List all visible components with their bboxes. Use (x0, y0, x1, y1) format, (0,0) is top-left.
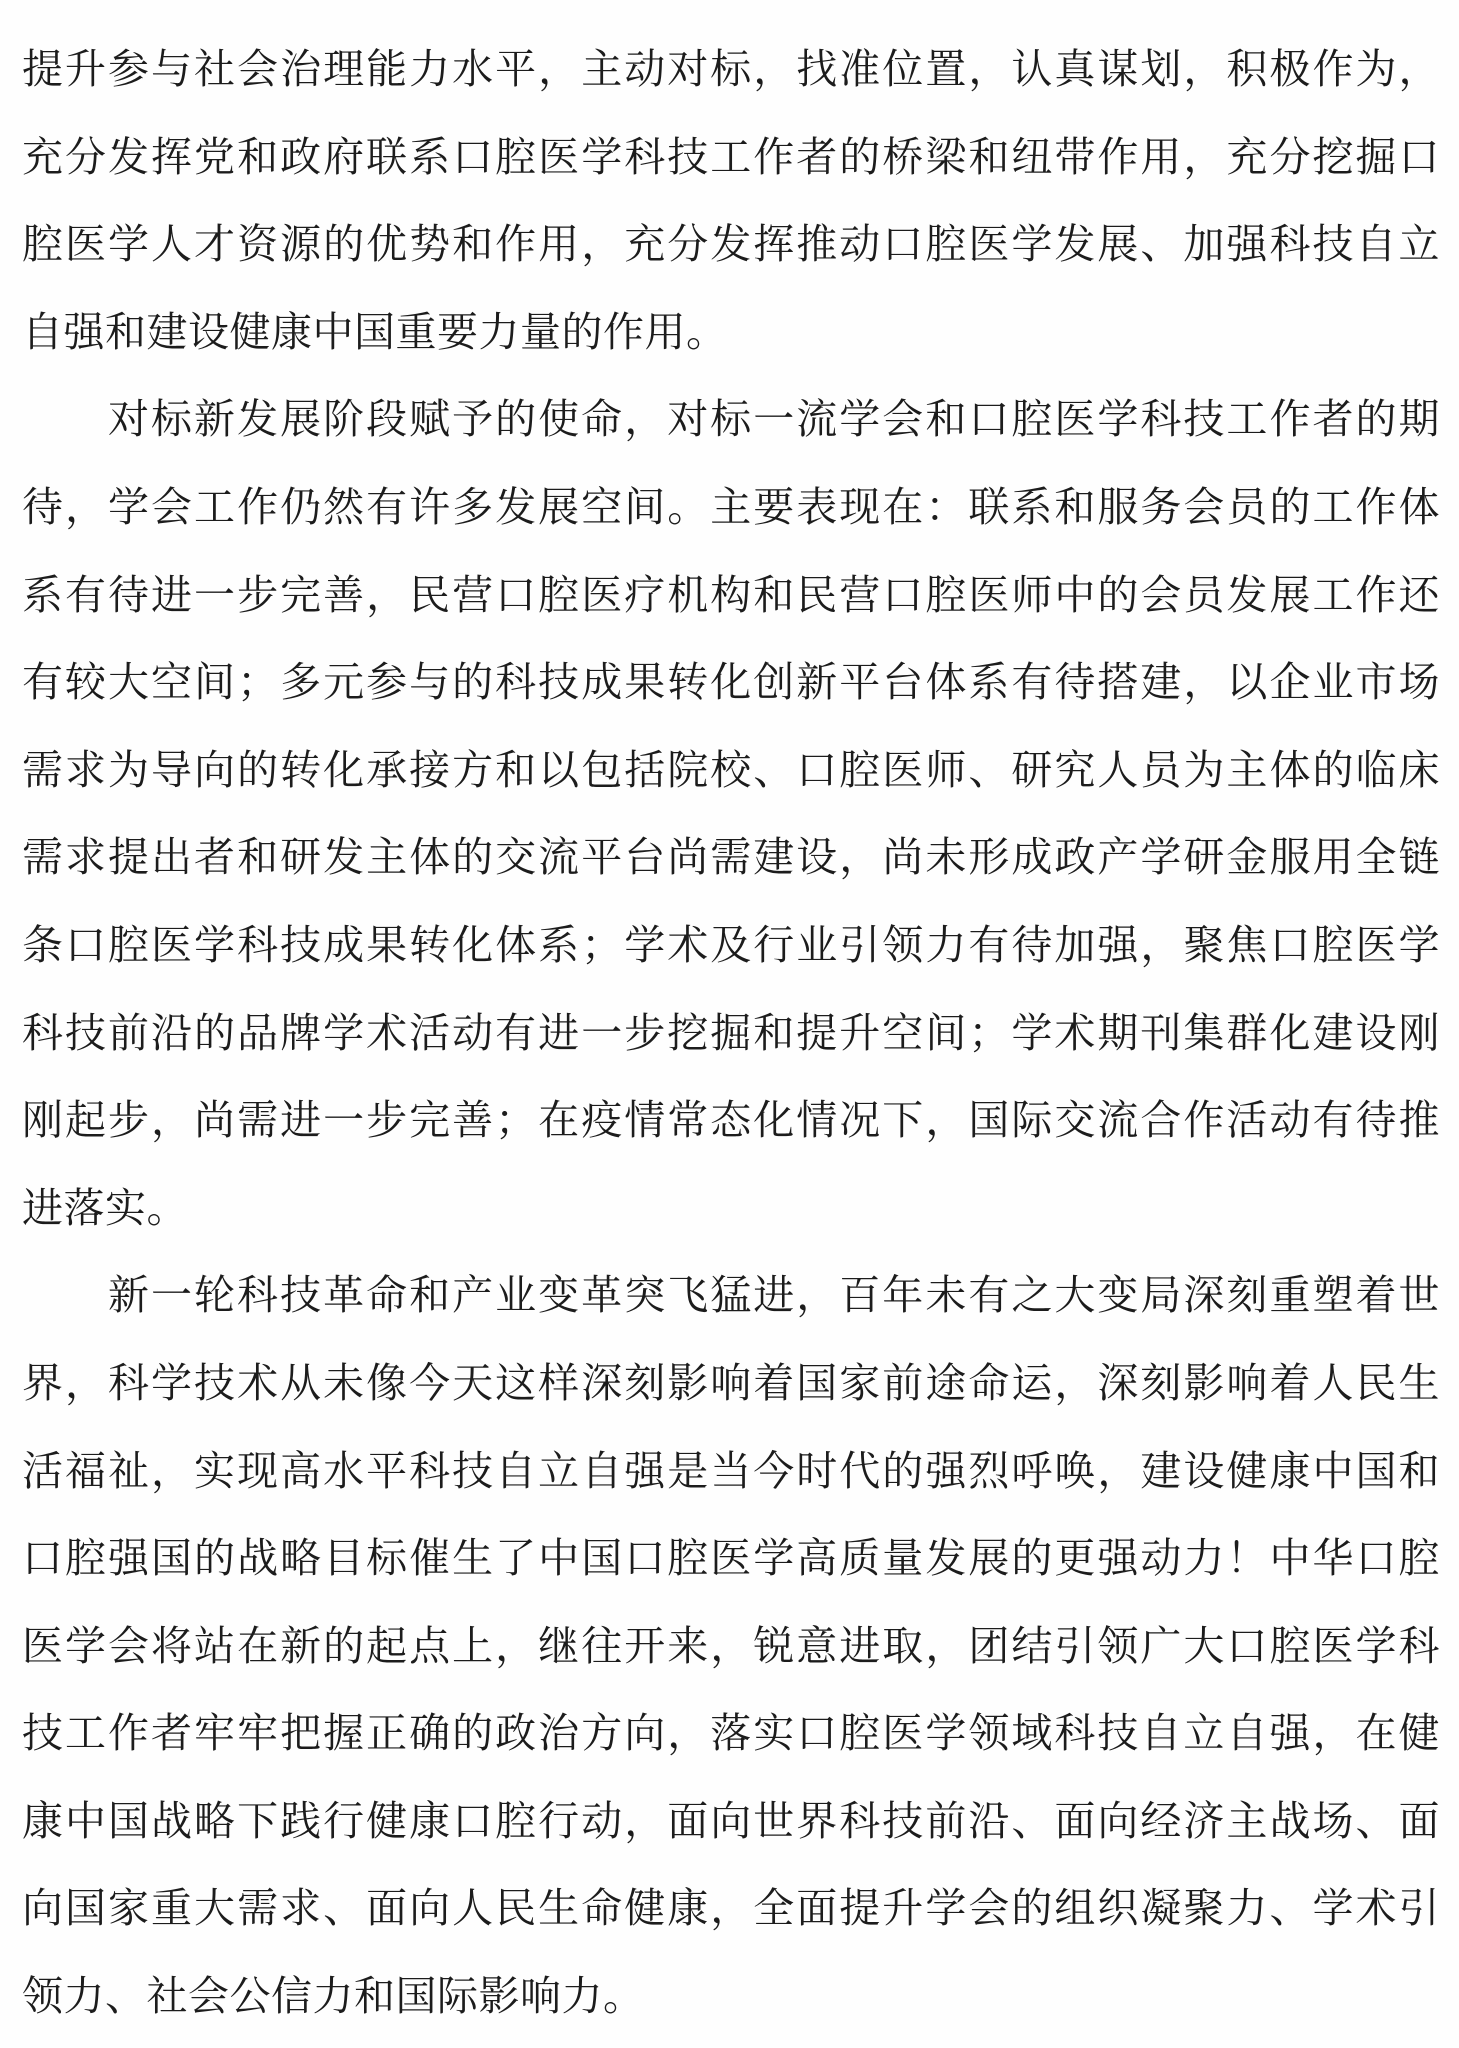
text-line: 技工作者牢牢把握正确的政治方向，落实口腔医学领域科技自立自强，在健 (22, 1690, 1440, 1778)
text-line: 科技前沿的品牌学术活动有进一步挖掘和提升空间；学术期刊集群化建设刚 (22, 990, 1440, 1078)
text-line: 口腔强国的战略目标催生了中国口腔医学高质量发展的更强动力！中华口腔 (22, 1515, 1440, 1603)
text-block: 提升参与社会治理能力水平，主动对标，找准位置，认真谋划，积极作为， 充分发挥党和… (22, 26, 1440, 2041)
text-line: 腔医学人才资源的优势和作用，充分发挥推动口腔医学发展、加强科技自立 (22, 201, 1440, 289)
text-line: 新一轮科技革命和产业变革突飞猛进，百年未有之大变局深刻重塑着世 (22, 1252, 1440, 1340)
text-line: 待，学会工作仍然有许多发展空间。主要表现在：联系和服务会员的工作体 (22, 464, 1440, 552)
text-line: 刚起步，尚需进一步完善；在疫情常态化情况下，国际交流合作活动有待推 (22, 1077, 1440, 1165)
text-line: 界，科学技术从未像今天这样深刻影响着国家前途命运，深刻影响着人民生 (22, 1340, 1440, 1428)
text-line: 医学会将站在新的起点上，继往开来，锐意进取，团结引领广大口腔医学科 (22, 1603, 1440, 1691)
text-line: 康中国战略下践行健康口腔行动，面向世界科技前沿、面向经济主战场、面 (22, 1778, 1440, 1866)
text-line: 提升参与社会治理能力水平，主动对标，找准位置，认真谋划，积极作为， (22, 26, 1440, 114)
text-line: 进落实。 (22, 1165, 1440, 1253)
text-line: 系有待进一步完善，民营口腔医疗机构和民营口腔医师中的会员发展工作还 (22, 552, 1440, 640)
text-line: 需求提出者和研发主体的交流平台尚需建设，尚未形成政产学研金服用全链 (22, 814, 1440, 902)
text-line: 向国家重大需求、面向人民生命健康，全面提升学会的组织凝聚力、学术引 (22, 1865, 1440, 1953)
text-line: 对标新发展阶段赋予的使命，对标一流学会和口腔医学科技工作者的期 (22, 376, 1440, 464)
text-line: 活福祉，实现高水平科技自立自强是当今时代的强烈呼唤，建设健康中国和 (22, 1428, 1440, 1516)
text-line: 自强和建设健康中国重要力量的作用。 (22, 289, 1440, 377)
text-line: 条口腔医学科技成果转化体系；学术及行业引领力有待加强，聚焦口腔医学 (22, 902, 1440, 990)
text-line: 充分发挥党和政府联系口腔医学科技工作者的桥梁和纽带作用，充分挖掘口 (22, 114, 1440, 202)
text-line: 需求为导向的转化承接方和以包括院校、口腔医师、研究人员为主体的临床 (22, 727, 1440, 815)
text-line: 有较大空间；多元参与的科技成果转化创新平台体系有待搭建，以企业市场 (22, 639, 1440, 727)
text-line: 领力、社会公信力和国际影响力。 (22, 1953, 1440, 2041)
document-page: 提升参与社会治理能力水平，主动对标，找准位置，认真谋划，积极作为， 充分发挥党和… (0, 0, 1459, 2048)
